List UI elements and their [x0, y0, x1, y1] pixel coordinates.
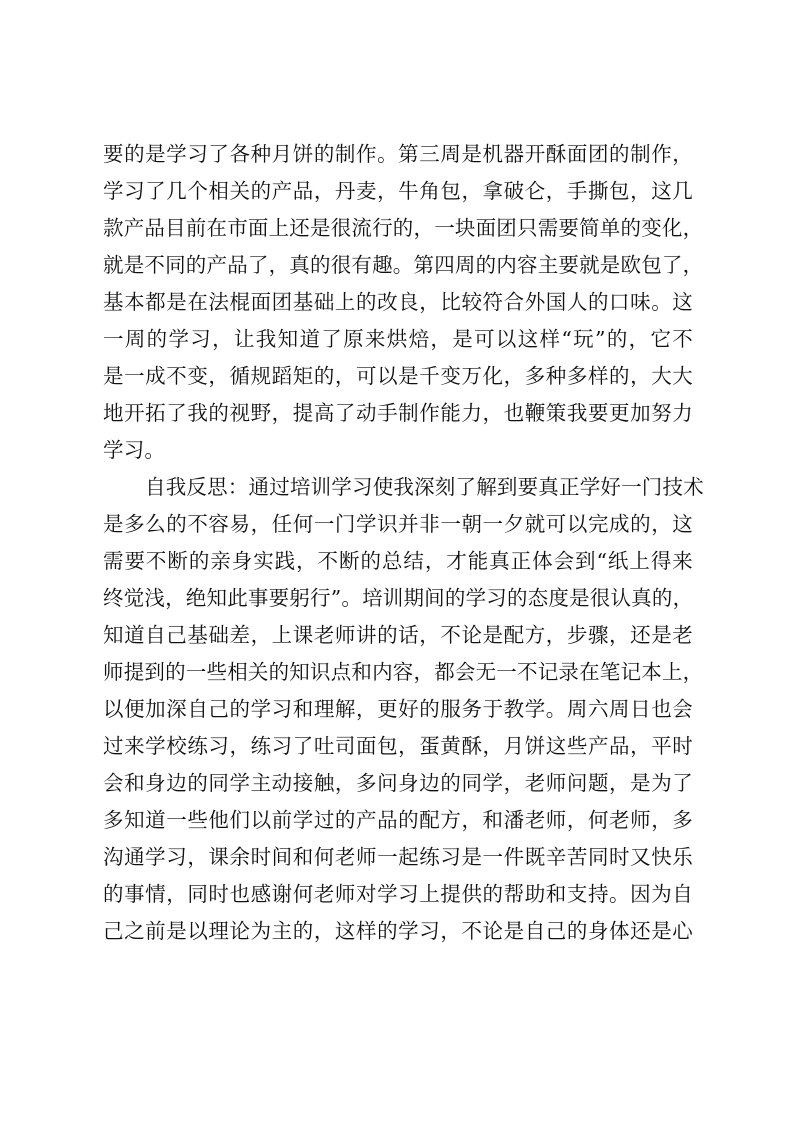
text-line: 地开拓了我的视野，提高了动手制作能力，也鞭策我要更加努力: [103, 395, 693, 432]
text-line: 款产品目前在市面上还是很流行的，一块面团只需要简单的变化，: [103, 210, 693, 247]
text-line: 师提到的一些相关的知识点和内容，都会无一不记录在笔记本上，: [103, 654, 693, 691]
text-line: 以便加深自己的学习和理解，更好的服务于教学。周六周日也会: [103, 691, 693, 728]
text-line: 沟通学习，课余时间和何老师一起练习是一件既辛苦同时又快乐: [103, 839, 693, 876]
document-page: 要的是学习了各种月饼的制作。第三周是机器开酥面团的制作， 学习了几个相关的产品，…: [103, 136, 693, 950]
text-line: 是一成不变，循规蹈矩的，可以是千变万化，多种多样的，大大: [103, 358, 693, 395]
paragraph-self-reflection: 自我反思：通过培训学习使我深刻了解到要真正学好一门技术 是多么的不容易，任何一门…: [103, 469, 693, 950]
text-line: 己之前是以理论为主的，这样的学习，不论是自己的身体还是心: [103, 913, 693, 950]
text-line: 知道自己基础差，上课老师讲的话，不论是配方，步骤，还是老: [103, 617, 693, 654]
text-line: 就是不同的产品了，真的很有趣。第四周的内容主要就是欧包了，: [103, 247, 693, 284]
text-line: 是多么的不容易，任何一门学识并非一朝一夕就可以完成的，这: [103, 506, 693, 543]
text-line: 的事情，同时也感谢何老师对学习上提供的帮助和支持。因为自: [103, 876, 693, 913]
text-line: 要的是学习了各种月饼的制作。第三周是机器开酥面团的制作，: [103, 136, 693, 173]
text-line: 多知道一些他们以前学过的产品的配方，和潘老师，何老师，多: [103, 802, 693, 839]
text-line: 需要不断的亲身实践，不断的总结，才能真正体会到“纸上得来: [103, 543, 693, 580]
text-line: 终觉浅，绝知此事要躬行”。培训期间的学习的态度是很认真的，: [103, 580, 693, 617]
text-line: 会和身边的同学主动接触，多问身边的同学，老师问题，是为了: [103, 765, 693, 802]
text-line: 学习。: [103, 432, 693, 469]
text-line: 过来学校练习，练习了吐司面包，蛋黄酥，月饼这些产品，平时: [103, 728, 693, 765]
paragraph-weekly-training-summary: 要的是学习了各种月饼的制作。第三周是机器开酥面团的制作， 学习了几个相关的产品，…: [103, 136, 693, 469]
text-line: 学习了几个相关的产品，丹麦，牛角包，拿破仑，手撕包，这几: [103, 173, 693, 210]
text-line: 基本都是在法棍面团基础上的改良，比较符合外国人的口味。这: [103, 284, 693, 321]
text-line: 一周的学习，让我知道了原来烘焙，是可以这样“玩”的，它不: [103, 321, 693, 358]
text-line: 自我反思：通过培训学习使我深刻了解到要真正学好一门技术: [103, 469, 693, 506]
